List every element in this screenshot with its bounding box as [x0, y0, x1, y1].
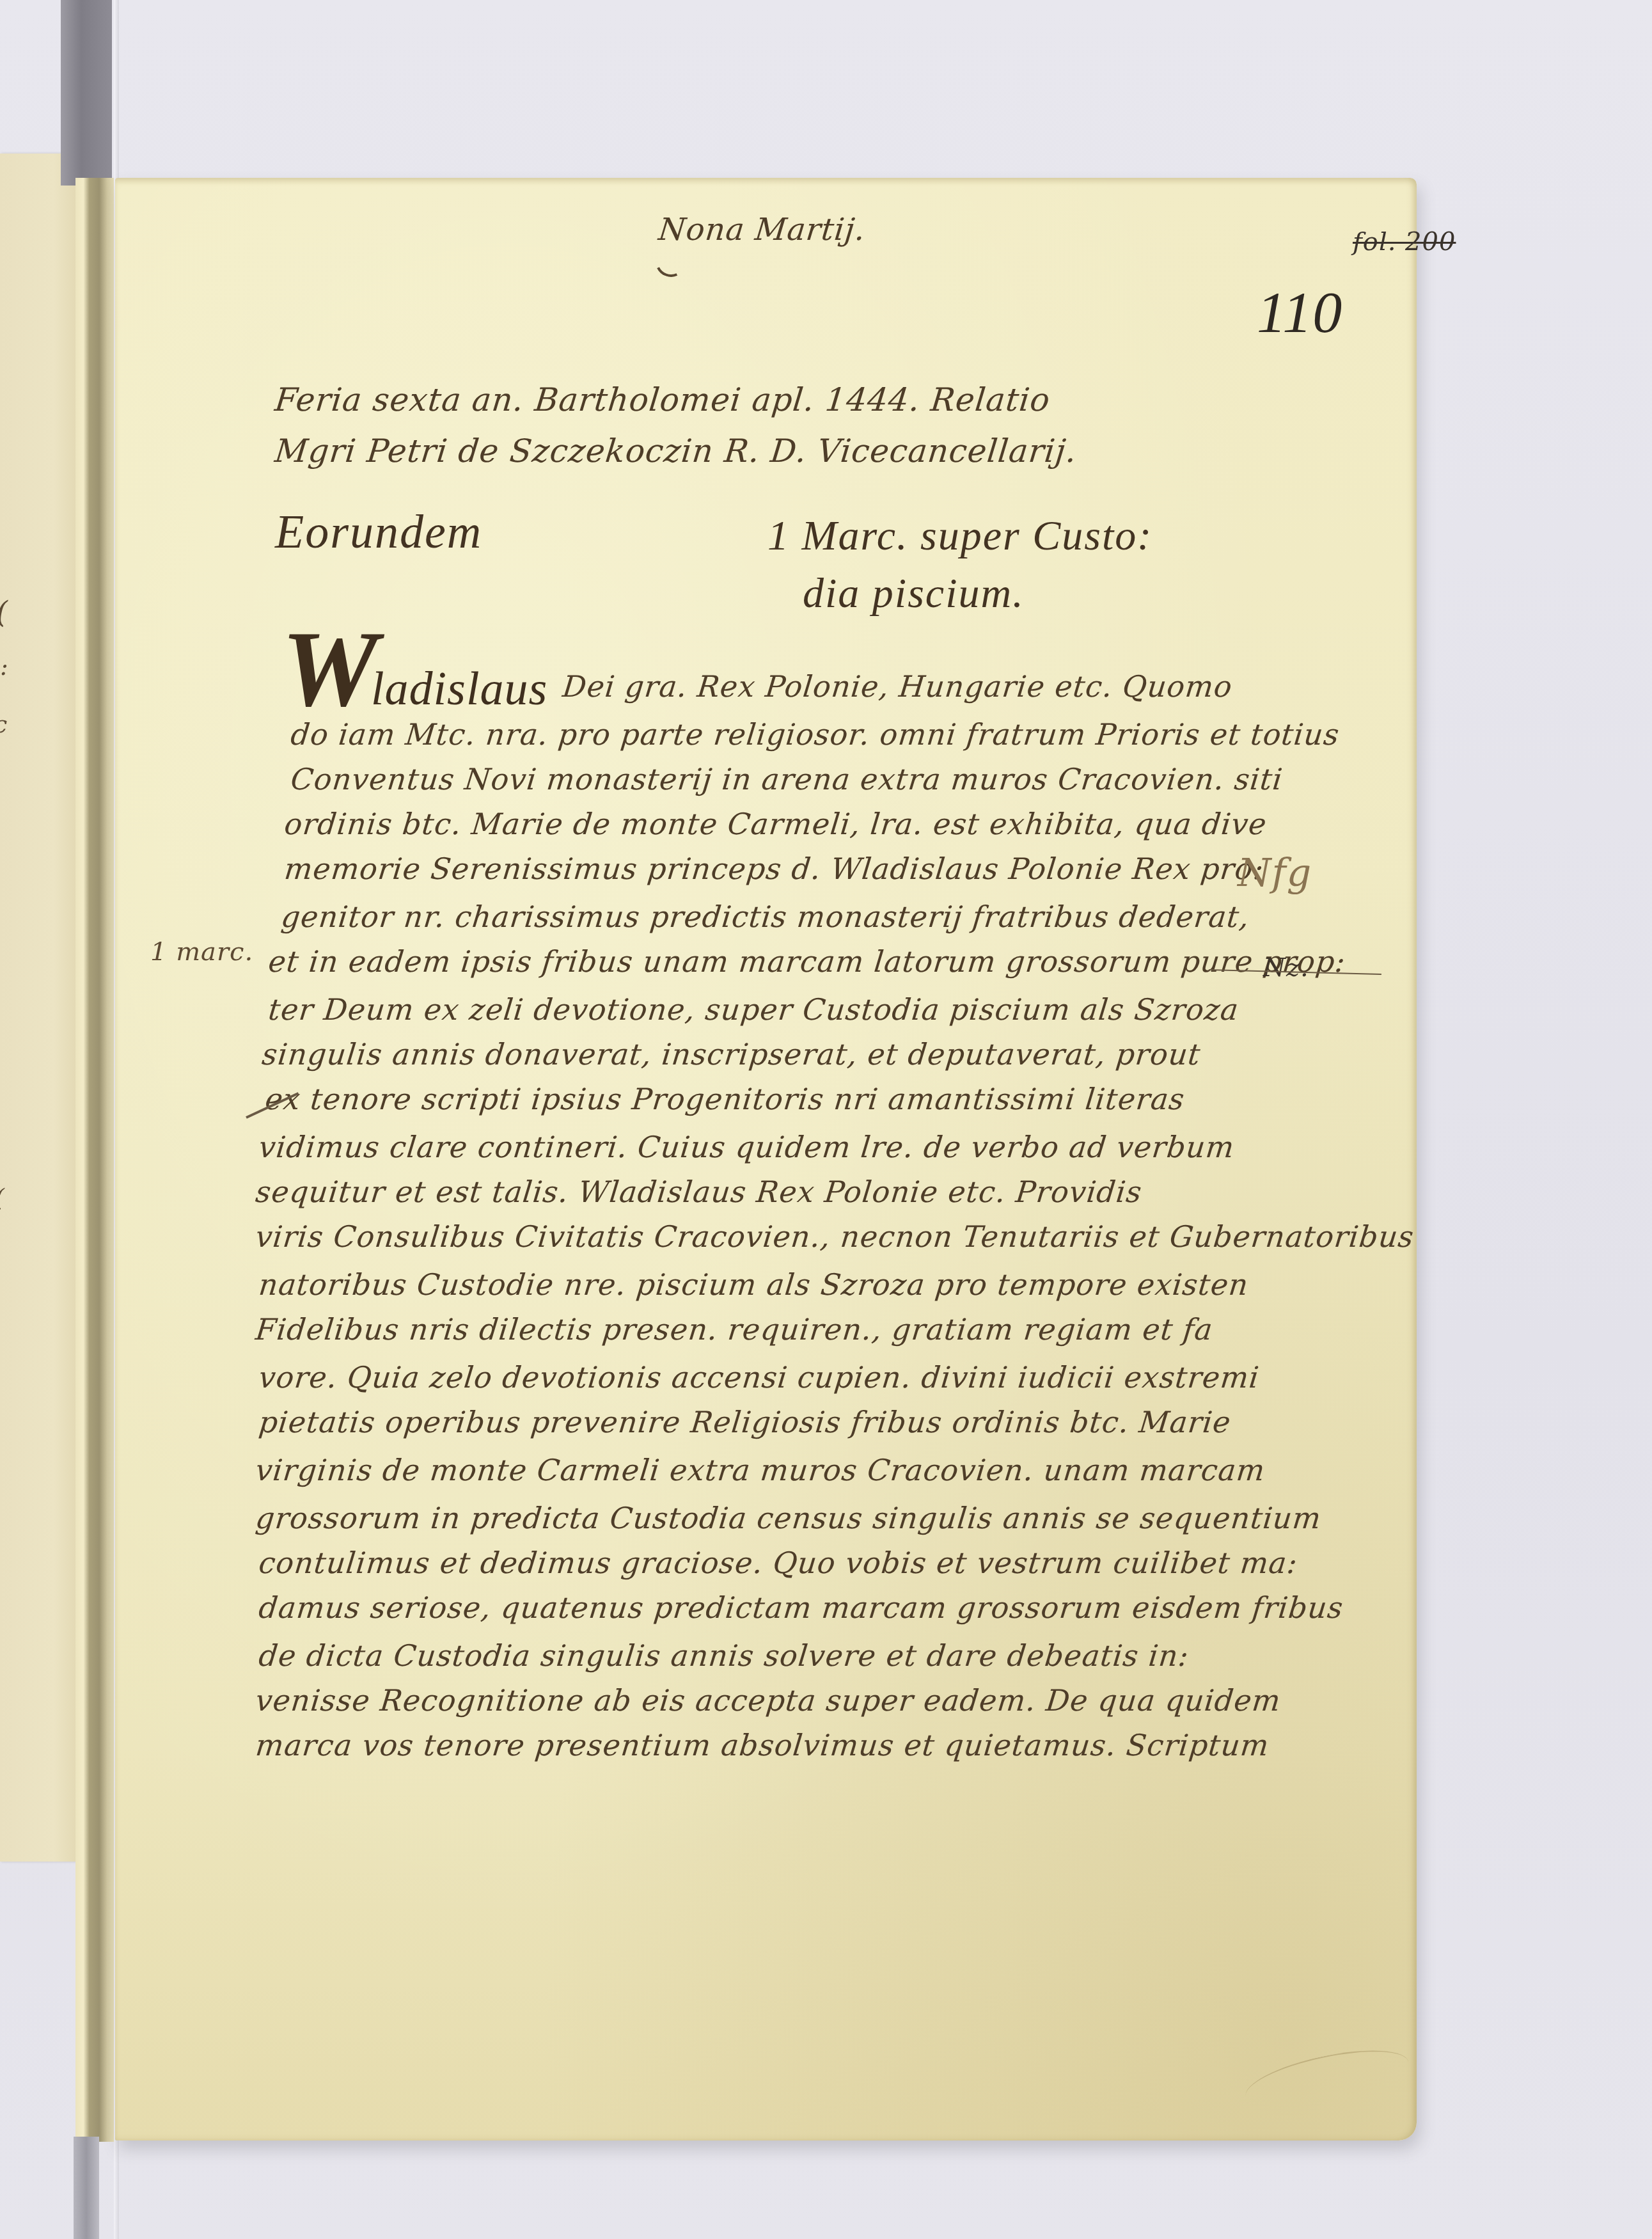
text-line: ter Deum ex zeli devotione, super Custod…	[267, 995, 1241, 1024]
text-line: damus seriose, quatenus predictam marcam…	[258, 1593, 1345, 1622]
left-page-text-fragment: (	[0, 595, 8, 629]
preamble-line: Feria sexta an. Bartholomei apl. 1444. R…	[273, 384, 1051, 416]
text-line: marca vos tenore presentium absolvimus e…	[255, 1730, 1271, 1760]
binding-strap-bottom	[74, 2137, 99, 2239]
margin-note-right: Nz.	[1263, 953, 1309, 983]
binding-strap	[61, 0, 112, 186]
text-line: genitor nr. charissimus predictis monast…	[280, 902, 1251, 931]
old-folio-number: fol. 200	[1353, 227, 1456, 257]
decorated-initial: W	[281, 614, 378, 723]
text-line: venisse Recognitione ab eis accepta supe…	[255, 1686, 1282, 1715]
text-line: de dicta Custodia singulis annis solvere…	[258, 1641, 1191, 1670]
text-line: viris Consulibus Civitatis Cracovien., n…	[255, 1222, 1416, 1251]
text-line: pietatis operibus prevenire Religiosis f…	[258, 1407, 1232, 1437]
rubric-summary: 1 Marc. super Custo:	[767, 512, 1152, 560]
rubric-summary: dia piscium.	[803, 569, 1025, 618]
text-line: sequitur et est talis. Wladislaus Rex Po…	[255, 1177, 1144, 1207]
rubric-eorundem: Eorundem	[275, 505, 482, 560]
text-line: natoribus Custodie nre. piscium als Szro…	[258, 1270, 1250, 1299]
text-line: grossorum in predicta Custodia census si…	[255, 1503, 1323, 1533]
text-line: et in eadem ipsis fribus unam marcam lat…	[267, 947, 1348, 976]
corner-crease	[1241, 2039, 1413, 2119]
text-line: virginis de monte Carmeli extra muros Cr…	[255, 1455, 1267, 1485]
preamble-line: Mgri Petri de Szczekoczin R. D. Vicecanc…	[273, 435, 1078, 467]
text-line: do iam Mtc. nra. pro parte religiosor. o…	[290, 720, 1341, 749]
left-page-text-fragment: c	[0, 710, 7, 738]
running-title: Nona Martij.	[657, 214, 867, 245]
text-line: Conventus Novi monasterij in arena extra…	[290, 764, 1285, 794]
text-line: contulimus et dedimus graciose. Quo vobi…	[258, 1548, 1300, 1578]
text-line: singulis annis donaverat, inscripserat, …	[261, 1040, 1202, 1069]
text-line: ex tenore scripti ipsius Progenitoris nr…	[264, 1084, 1186, 1114]
text-line: ordinis btc. Marie de monte Carmeli, lra…	[283, 809, 1269, 839]
incipit: ladislaus	[371, 662, 547, 716]
left-page-text-fragment: :	[0, 653, 8, 681]
text-line: vore. Quia zelo devotionis accensi cupie…	[258, 1363, 1261, 1392]
previous-page-edge: ( : c (	[0, 154, 77, 1862]
text-line: vidimus clare contineri. Cuius quidem lr…	[258, 1132, 1236, 1162]
text-line: memorie Serenissimus princeps d. Wladisl…	[283, 854, 1266, 883]
text-line: Fidelibus nris dilectis presen. requiren…	[255, 1315, 1215, 1344]
text-line: Dei gra. Rex Polonie, Hungarie etc. Quom…	[562, 672, 1234, 701]
left-page-text-fragment: (	[0, 1183, 4, 1212]
folio-number: 110	[1257, 278, 1342, 346]
margin-note-left: 1 marc.	[150, 937, 253, 967]
spine-gutter	[75, 178, 115, 2142]
margin-note-right: Nfg	[1238, 851, 1312, 896]
